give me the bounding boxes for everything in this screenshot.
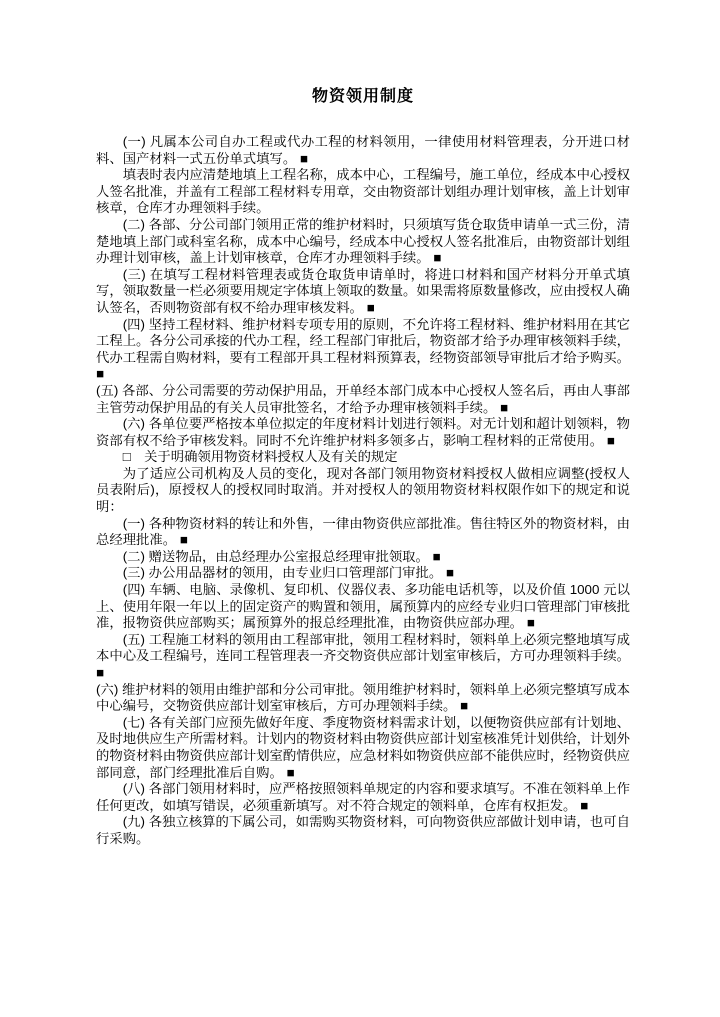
paragraph-auth-rule-4: (四) 车辆、电脑、录像机、复印机、仪器仪表、多功能电话机等，以及价值 1000… <box>96 582 630 632</box>
paragraph-authorization-intro: 为了适应公司机构及人员的变化，现对各部门领用物资材料授权人做相应调整(授权人员表… <box>96 466 630 516</box>
paragraph-auth-rule-9: (九) 各独立核算的下属公司，如需购买物资材料，可向物资供应部做计划申请，也可自… <box>96 814 630 847</box>
paragraph-auth-rule-5: (五) 工程施工材料的领用由工程部审批，领用工程材料时，领料单上必须完整地填写成… <box>96 632 630 682</box>
paragraph-rule-3: (三) 在填写工程材料管理表或货仓取货申请单时，将进口材料和国产材料分开单式填写… <box>96 267 630 317</box>
document-page: 物资领用制度 (一) 凡属本公司自办工程或代办工程的材料领用，一律使用材料管理表… <box>96 87 630 848</box>
paragraph-auth-rule-6: (六) 维护材料的领用由维护部和分公司审批。领用维护材料时，领料单上必须完整填写… <box>96 682 630 715</box>
paragraph-rule-4: (四) 坚持工程材料、维护材料专项专用的原则，不允许将工程材料、维护材料用在其它… <box>96 317 630 383</box>
paragraph-rule-6: (六) 各单位要严格按本单位拟定的年度材料计划进行领料。对无计划和超计划领料，物… <box>96 416 630 449</box>
paragraph-fill-instructions: 填表时表内应清楚地填上工程名称，成本中心，工程编号，施工单位，经成本中心授权人签… <box>96 167 630 217</box>
paragraph-auth-rule-8: (八) 各部门领用材料时，应严格按照领料单规定的内容和要求填写。不准在领料单上作… <box>96 781 630 814</box>
document-title: 物资领用制度 <box>96 87 630 107</box>
paragraph-auth-rule-2: (二) 赠送物品，由总经理办公室报总经理审批领取。 ■ <box>96 549 630 566</box>
section-heading-authorization: □ 关于明确领用物资材料授权人及有关的规定 <box>96 449 630 466</box>
paragraph-rule-1: (一) 凡属本公司自办工程或代办工程的材料领用，一律使用材料管理表，分开进口材料… <box>96 134 630 167</box>
paragraph-auth-rule-1: (一) 各种物资材料的转让和外售，一律由物资供应部批准。售往特区外的物资材料，由… <box>96 516 630 549</box>
paragraph-auth-rule-7: (七) 各有关部门应预先做好年度、季度物资材料需求计划，以便物资供应部有计划地、… <box>96 715 630 781</box>
paragraph-auth-rule-3: (三) 办公用品器材的领用，由专业归口管理部门审批。 ■ <box>96 565 630 582</box>
paragraph-rule-5: (五) 各部、分公司需要的劳动保护用品，开单经本部门成本中心授权人签名后，再由人… <box>96 383 630 416</box>
paragraph-rule-2: (二) 各部、分公司部门领用正常的维护材料时，只须填写货仓取货申请单一式三份，清… <box>96 217 630 267</box>
